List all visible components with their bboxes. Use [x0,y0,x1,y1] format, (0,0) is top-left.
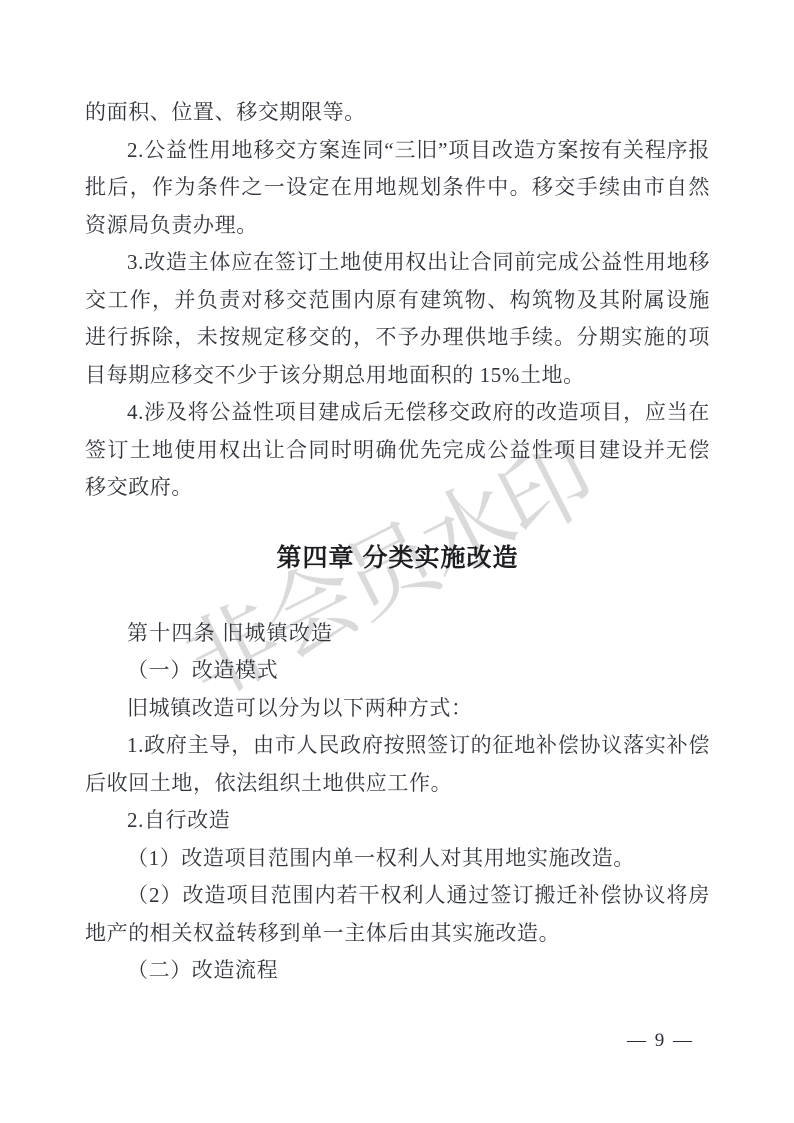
section-paragraph: 旧城镇改造可以分为以下两种方式： [85,690,710,728]
document-page: 非会员水印 的面积、位置、移交期限等。 2.公益性用地移交方案连同“三旧”项目改… [0,0,794,1123]
sub-heading-1: （一）改造模式 [85,652,710,690]
sub-heading-2: （二）改造流程 [85,952,710,990]
paragraph-continuation: 的面积、位置、移交期限等。 [85,94,710,132]
paragraph-item-3: 3.改造主体应在签订土地使用权出让合同前完成公益性用地移交工作，并负责对移交范围… [85,244,710,394]
article-heading-14: 第十四条 旧城镇改造 [85,615,710,653]
paragraph-item-2: 2.公益性用地移交方案连同“三旧”项目改造方案按有关程序报批后，作为条件之一设定… [85,132,710,245]
page-number: — 9 — [627,1030,694,1052]
section-paragraph: （2）改造项目范围内若干权利人通过签订搬迁补偿协议将房地产的相关权益转移到单一主… [85,877,710,952]
chapter-heading: 第四章 分类实施改造 [85,543,710,573]
document-body: 的面积、位置、移交期限等。 2.公益性用地移交方案连同“三旧”项目改造方案按有关… [85,94,710,990]
section-paragraph: 2.自行改造 [85,802,710,840]
paragraph-item-4: 4.涉及将公益性项目建成后无偿移交政府的改造项目，应当在签订土地使用权出让合同时… [85,394,710,507]
section-paragraph: 1.政府主导，由市人民政府按照签订的征地补偿协议落实补偿后收回土地，依法组织土地… [85,727,710,802]
section-paragraph: （1）改造项目范围内单一权利人对其用地实施改造。 [85,840,710,878]
